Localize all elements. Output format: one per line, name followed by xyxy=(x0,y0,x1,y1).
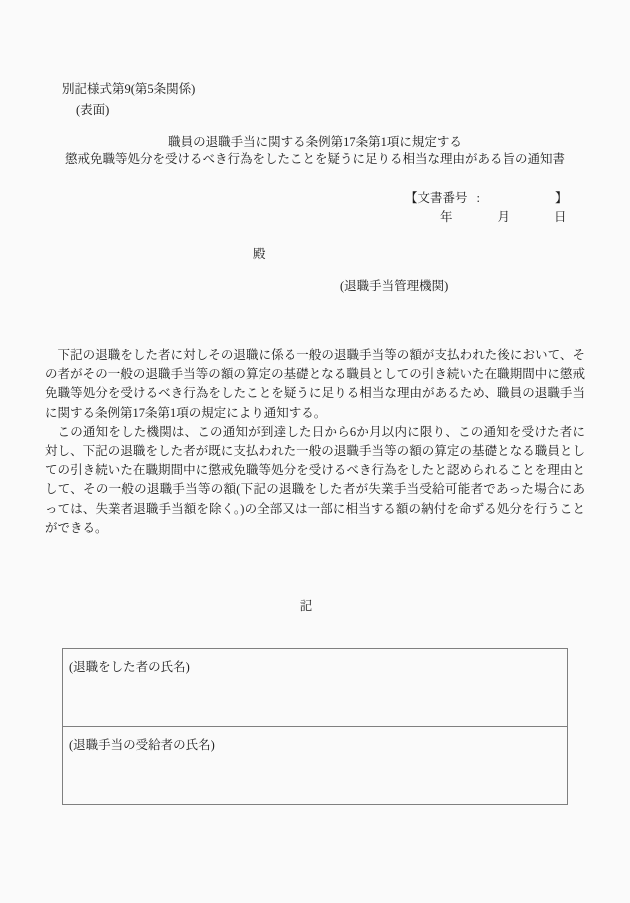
date-month-label: 月 xyxy=(498,210,511,224)
body-paragraph-2: この通知をした機関は、この通知が到達した日から6か月以内に限り、この通知を受けた… xyxy=(45,423,585,538)
allowance-recipient-name-label: (退職手当の受給者の氏名) xyxy=(69,738,215,752)
document-number-suffix: 】 xyxy=(555,191,568,205)
document-number-line: 【文書番号:】 xyxy=(405,188,568,206)
body-text: 下記の退職をした者に対しその退職に係る一般の退職手当等の額が支払われた後において… xyxy=(45,346,585,538)
date-line: 年月日 xyxy=(440,207,567,225)
document-number-prefix: 【文書番号 xyxy=(405,191,468,205)
date-year-label: 年 xyxy=(440,210,453,224)
issuing-organization-label: (退職手当管理機関) xyxy=(340,276,448,294)
retired-person-name-label: (退職をした者の氏名) xyxy=(69,660,190,674)
document-page: 別記様式第9(第5条関係) (表面) 職員の退職手当に関する条例第17条第1項に… xyxy=(0,0,630,903)
form-number-label: 別記様式第9(第5条関係) xyxy=(62,79,195,97)
allowance-recipient-name-row: (退職手当の受給者の氏名) xyxy=(63,727,567,805)
document-title-line2: 懲戒免職等処分を受けるべき行為をしたことを疑うに足りる相当な理由がある旨の通知書 xyxy=(0,151,630,168)
addressee-honorific: 殿 xyxy=(253,244,266,262)
body-paragraph-1: 下記の退職をした者に対しその退職に係る一般の退職手当等の額が支払われた後において… xyxy=(45,346,585,423)
section-marker: 記 xyxy=(0,596,612,614)
date-day-label: 日 xyxy=(554,210,567,224)
retired-person-name-row: (退職をした者の氏名) xyxy=(63,649,567,727)
document-number-colon: : xyxy=(477,191,480,205)
document-title-line1: 職員の退職手当に関する条例第17条第1項に規定する xyxy=(0,134,630,151)
front-side-label: (表面) xyxy=(76,100,109,118)
document-title: 職員の退職手当に関する条例第17条第1項に規定する 懲戒免職等処分を受けるべき行… xyxy=(0,134,630,168)
name-fields-table: (退職をした者の氏名) (退職手当の受給者の氏名) xyxy=(62,648,568,805)
